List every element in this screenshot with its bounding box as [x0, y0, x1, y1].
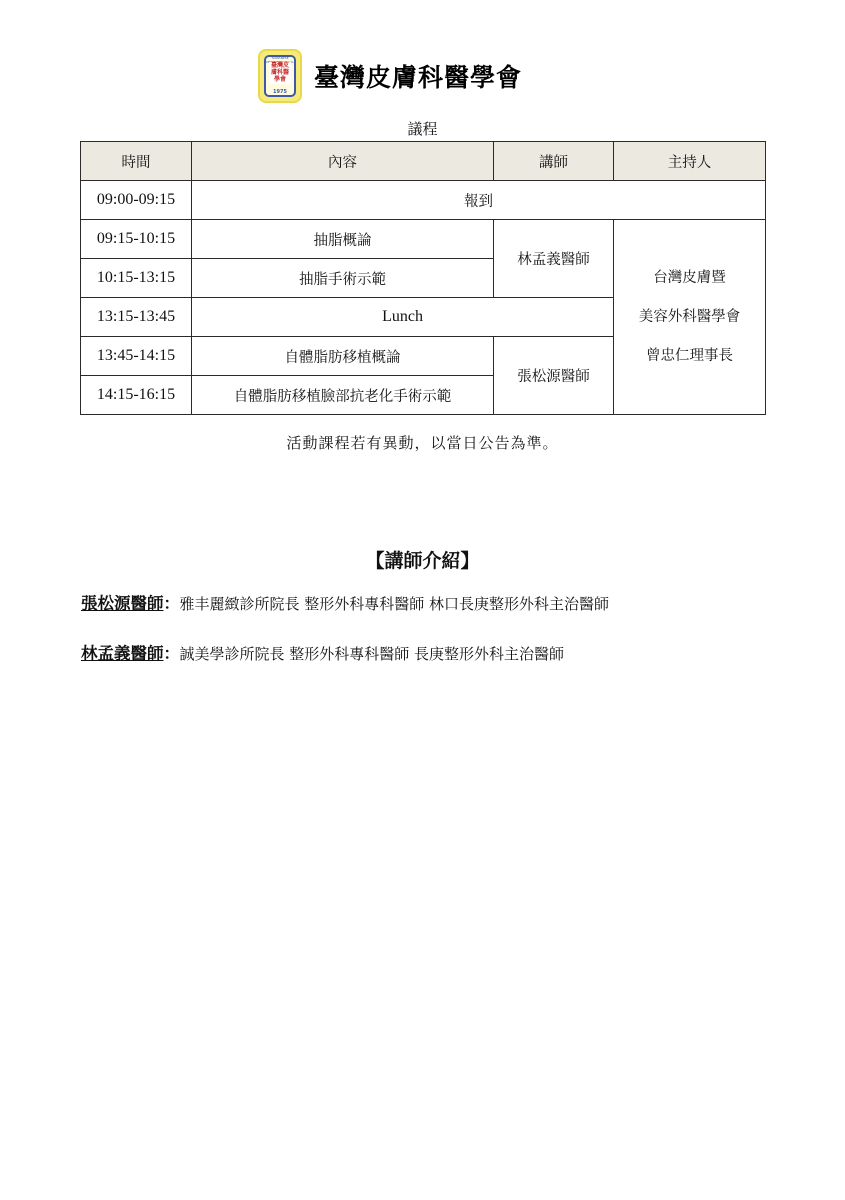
time-cell: 09:00-09:15 — [81, 181, 192, 220]
content-cell: 自體脂肪移植臉部抗老化手術示範 — [192, 376, 494, 415]
column-header-content: 內容 — [192, 142, 494, 181]
time-cell: 14:15-16:15 — [81, 376, 192, 415]
column-header-time: 時間 — [81, 142, 192, 181]
speakers-section-title: 【講師介紹】 — [0, 546, 845, 573]
host-cell: 台灣皮膚暨 美容外科醫學會 曾忠仁理事長 — [614, 220, 766, 415]
host-line: 台灣皮膚暨 — [614, 259, 765, 298]
content-cell: 報到 — [192, 181, 766, 220]
speaker-bio: 張松源醫師：雅丰麗緻診所院長 整形外科專科醫師 林口長庚整形外科主治醫師 — [81, 590, 609, 614]
host-line: 曾忠仁理事長 — [614, 337, 765, 376]
speaker-bio: 林孟義醫師：誠美學診所院長 整形外科專科醫師 長庚整形外科主治醫師 — [81, 640, 564, 664]
organization-title: 臺灣皮膚科醫學會 — [314, 58, 522, 94]
colon: ： — [164, 594, 180, 613]
content-cell: Lunch — [192, 298, 614, 337]
content-cell: 自體脂肪移植概論 — [192, 337, 494, 376]
table-row: 09:00-09:15 報到 — [81, 181, 766, 220]
agenda-caption: 議程 — [0, 118, 845, 139]
association-logo: TAIWANESE DERMATOLOGICAL ASSOCIATION 臺灣皮… — [258, 49, 302, 103]
speaker-name: 張松源醫師 — [81, 594, 164, 613]
time-cell: 13:15-13:45 — [81, 298, 192, 337]
schedule-change-note: 活動課程若有異動，以當日公告為準。 — [0, 432, 845, 453]
content-cell: 抽脂概論 — [192, 220, 494, 259]
table-header-row: 時間 內容 講師 主持人 — [81, 142, 766, 181]
content-cell: 抽脂手術示範 — [192, 259, 494, 298]
host-line: 美容外科醫學會 — [614, 298, 765, 337]
logo-inner-text: 臺灣皮膚科醫學會 — [269, 62, 291, 84]
time-cell: 09:15-10:15 — [81, 220, 192, 259]
document-header: TAIWANESE DERMATOLOGICAL ASSOCIATION 臺灣皮… — [258, 48, 522, 104]
speaker-cell: 林孟義醫師 — [494, 220, 614, 298]
time-cell: 10:15-13:15 — [81, 259, 192, 298]
agenda-table: 時間 內容 講師 主持人 09:00-09:15 報到 09:15-10:15 … — [80, 141, 766, 415]
document-page: TAIWANESE DERMATOLOGICAL ASSOCIATION 臺灣皮… — [0, 0, 845, 1200]
speaker-description: 雅丰麗緻診所院長 整形外科專科醫師 林口長庚整形外科主治醫師 — [180, 595, 610, 613]
column-header-host: 主持人 — [614, 142, 766, 181]
speaker-name: 林孟義醫師 — [81, 644, 164, 663]
logo-year: 1975 — [260, 89, 300, 95]
speaker-cell: 張松源醫師 — [494, 337, 614, 415]
table-row: 09:15-10:15 抽脂概論 林孟義醫師 台灣皮膚暨 美容外科醫學會 曾忠仁… — [81, 220, 766, 259]
time-cell: 13:45-14:15 — [81, 337, 192, 376]
column-header-speaker: 講師 — [494, 142, 614, 181]
colon: ： — [164, 644, 180, 663]
speaker-description: 誠美學診所院長 整形外科專科醫師 長庚整形外科主治醫師 — [180, 645, 565, 663]
